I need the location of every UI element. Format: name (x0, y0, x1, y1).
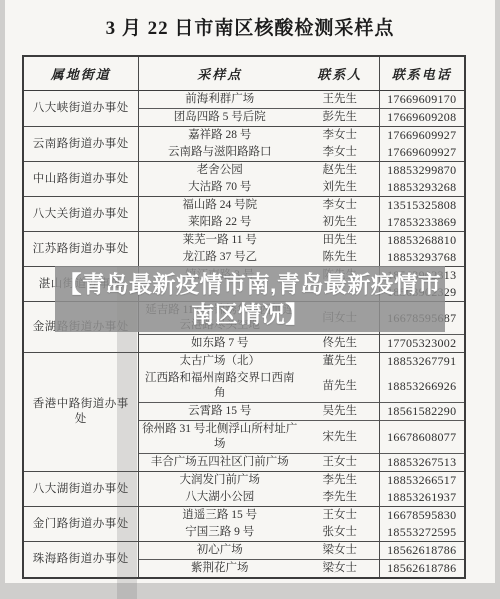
contact-cell: 吴先生 (301, 403, 379, 421)
site-cell: 嘉祥路 28 号 (138, 127, 301, 145)
table-body: 八大峡街道办事处前海利群广场王先生17669609170团岛四路 5 号后院彭先… (23, 91, 465, 579)
table-row: 江苏路街道办事处莱芜一路 11 号田先生18853268810 (23, 232, 465, 250)
phone-cell: 17669609927 (379, 144, 465, 162)
contact-cell: 李女士 (301, 197, 379, 215)
street-cell: 八大关街道办事处 (23, 197, 138, 232)
phone-cell: 17669609927 (379, 127, 465, 145)
contact-cell: 彭先生 (301, 109, 379, 127)
header-contact: 联系人 (301, 56, 379, 91)
table-header: 属地街道 采样点 联系人 联系电话 (23, 56, 465, 91)
phone-cell: 17705323002 (379, 335, 465, 353)
contact-cell: 张女士 (301, 524, 379, 542)
street-cell: 云南路街道办事处 (23, 127, 138, 162)
site-cell: 太古广场（北） (138, 353, 301, 371)
watermark-line1: 【青岛最新疫情市南,青岛最新疫情市 (59, 269, 442, 299)
header-site: 采样点 (138, 56, 301, 91)
contact-cell: 佟先生 (301, 335, 379, 353)
table-row: 云南路街道办事处嘉祥路 28 号李女士17669609927 (23, 127, 465, 145)
site-cell: 云南路与滋阳路路口 (138, 144, 301, 162)
phone-cell: 18853266926 (379, 370, 465, 403)
contact-cell: 王先生 (301, 91, 379, 109)
site-cell: 福山路 24 号院 (138, 197, 301, 215)
site-cell: 丰合广场五四社区门前广场 (138, 454, 301, 472)
site-cell: 宁国三路 9 号 (138, 524, 301, 542)
phone-cell: 18853268810 (379, 232, 465, 250)
site-cell: 莱芜一路 11 号 (138, 232, 301, 250)
watermark-banner: 【青岛最新疫情市南,青岛最新疫情市 南区情况】 (55, 266, 445, 332)
phone-cell: 18853261937 (379, 489, 465, 507)
site-cell: 初心广场 (138, 542, 301, 560)
phone-cell: 18853299870 (379, 162, 465, 180)
site-cell: 龙江路 37 号乙 (138, 249, 301, 267)
phone-cell: 18553272595 (379, 524, 465, 542)
phone-cell: 18853293768 (379, 249, 465, 267)
site-cell: 徐州路 31 号北侧浮山所村址广场 (138, 421, 301, 454)
contact-cell: 李女士 (301, 144, 379, 162)
table-row: 香港中路街道办事处太古广场（北）董先生18853267791 (23, 353, 465, 371)
contact-cell: 王女士 (301, 454, 379, 472)
phone-cell: 18853266517 (379, 472, 465, 490)
contact-cell: 梁女士 (301, 560, 379, 579)
site-cell: 团岛四路 5 号后院 (138, 109, 301, 127)
contact-cell: 陈先生 (301, 249, 379, 267)
site-cell: 逍遥三路 15 号 (138, 507, 301, 525)
contact-cell: 宋先生 (301, 421, 379, 454)
watermark-line2: 南区情况】 (191, 299, 309, 329)
site-cell: 八大湖小公园 (138, 489, 301, 507)
header-row: 属地街道 采样点 联系人 联系电话 (23, 56, 465, 91)
site-cell: 云霄路 15 号 (138, 403, 301, 421)
site-cell: 江西路和福州南路交界口西南角 (138, 370, 301, 403)
header-street: 属地街道 (23, 56, 138, 91)
contact-cell: 初先生 (301, 214, 379, 232)
table-row: 八大关街道办事处福山路 24 号院李女士13515325808 (23, 197, 465, 215)
contact-cell: 赵先生 (301, 162, 379, 180)
table-row: 珠海路街道办事处初心广场梁女士18562618786 (23, 542, 465, 560)
phone-cell: 16678608077 (379, 421, 465, 454)
page-title: 3 月 22 日市南区核酸检测采样点 (5, 0, 495, 40)
street-cell: 香港中路街道办事处 (23, 353, 138, 472)
site-cell: 大润发门前广场 (138, 472, 301, 490)
contact-cell: 田先生 (301, 232, 379, 250)
phone-cell: 18853267791 (379, 353, 465, 371)
contact-cell: 苗先生 (301, 370, 379, 403)
street-cell: 江苏路街道办事处 (23, 232, 138, 267)
table-row: 八大峡街道办事处前海利群广场王先生17669609170 (23, 91, 465, 109)
contact-cell: 李先生 (301, 489, 379, 507)
contact-cell: 董先生 (301, 353, 379, 371)
street-cell: 中山路街道办事处 (23, 162, 138, 197)
phone-cell: 18853293268 (379, 179, 465, 197)
phone-cell: 17669609170 (379, 91, 465, 109)
phone-cell: 17669609208 (379, 109, 465, 127)
site-cell: 紫荆花广场 (138, 560, 301, 579)
street-cell: 八大峡街道办事处 (23, 91, 138, 127)
contact-cell: 王女士 (301, 507, 379, 525)
contact-cell: 梁女士 (301, 542, 379, 560)
site-cell: 前海利群广场 (138, 91, 301, 109)
street-cell: 金门路街道办事处 (23, 507, 138, 542)
phone-cell: 18562618786 (379, 560, 465, 579)
site-cell: 莱阳路 22 号 (138, 214, 301, 232)
phone-cell: 17853233869 (379, 214, 465, 232)
street-cell: 八大湖街道办事处 (23, 472, 138, 507)
phone-cell: 18853267513 (379, 454, 465, 472)
contact-cell: 刘先生 (301, 179, 379, 197)
table-row: 金门路街道办事处逍遥三路 15 号王女士16678595830 (23, 507, 465, 525)
phone-cell: 18561582290 (379, 403, 465, 421)
header-phone: 联系电话 (379, 56, 465, 91)
site-cell: 老舍公园 (138, 162, 301, 180)
contact-cell: 李先生 (301, 472, 379, 490)
site-cell: 如东路 7 号 (138, 335, 301, 353)
phone-cell: 13515325808 (379, 197, 465, 215)
site-cell: 大沽路 70 号 (138, 179, 301, 197)
table-row: 八大湖街道办事处大润发门前广场李先生18853266517 (23, 472, 465, 490)
street-cell: 珠海路街道办事处 (23, 542, 138, 579)
contact-cell: 李女士 (301, 127, 379, 145)
phone-cell: 18562618786 (379, 542, 465, 560)
phone-cell: 16678595830 (379, 507, 465, 525)
table-row: 中山路街道办事处老舍公园赵先生18853299870 (23, 162, 465, 180)
page: { "title": "3 月 22 日市南区核酸检测采样点", "waterm… (0, 0, 500, 599)
